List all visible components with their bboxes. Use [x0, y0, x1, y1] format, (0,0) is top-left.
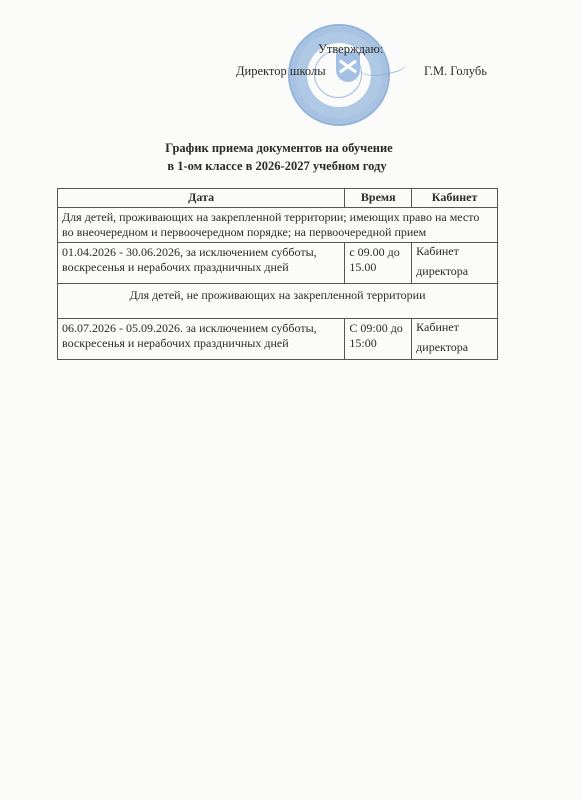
time-cell: С 09:00 до 15:00 [345, 319, 412, 360]
section-heading: Для детей, не проживающих на закрепленно… [58, 284, 498, 319]
document-title-line2: в 1-ом классе в 2026-2027 учебном году [0, 159, 568, 174]
table-row: 06.07.2026 - 05.09.2026. за исключением … [58, 319, 498, 360]
room-cell: Кабинет директора [412, 319, 498, 360]
section-heading-row: Для детей, не проживающих на закрепленно… [58, 284, 498, 319]
approve-label: Утверждаю: [318, 42, 383, 57]
document-title-line1: График приема документов на обучение [0, 141, 570, 156]
room-text: Кабинет директора [416, 241, 493, 281]
table-header-row: Дата Время Кабинет [58, 189, 498, 208]
date-cell: 01.04.2026 - 30.06.2026, за исключением … [58, 243, 345, 284]
section-heading: Для детей, проживающих на закрепленной т… [58, 208, 498, 243]
director-title: Директор школы [236, 64, 326, 79]
column-header-date: Дата [58, 189, 345, 208]
approval-block: Утверждаю: Директор школы Г.М. Голубь [0, 0, 582, 130]
section-heading-row: Для детей, проживающих на закрепленной т… [58, 208, 498, 243]
room-cell: Кабинет директора [412, 243, 498, 284]
column-header-time: Время [345, 189, 412, 208]
table-row: 01.04.2026 - 30.06.2026, за исключением … [58, 243, 498, 284]
date-cell: 06.07.2026 - 05.09.2026. за исключением … [58, 319, 345, 360]
time-cell: с 09.00 до 15.00 [345, 243, 412, 284]
director-name: Г.М. Голубь [424, 64, 487, 79]
room-text: Кабинет директора [416, 317, 493, 357]
column-header-room: Кабинет [412, 189, 498, 208]
schedule-table: Дата Время Кабинет Для детей, проживающи… [57, 188, 498, 360]
